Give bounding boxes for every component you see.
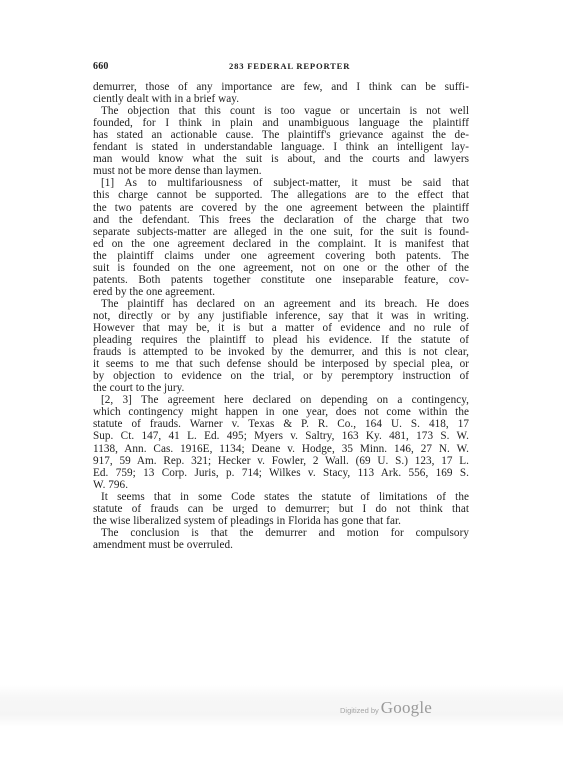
text-line: which contingency might happen in one ye… (93, 406, 469, 418)
text-line: W. 796. (93, 479, 469, 491)
text-line: by objection to evidence on the trial, o… (93, 370, 469, 382)
text-line: must not be more dense than laymen. (93, 165, 469, 177)
text-line: the two patents are covered by the one a… (93, 202, 469, 214)
page-number: 660 (93, 61, 109, 72)
text-line: ed on the one agreement declared in the … (93, 238, 469, 250)
scan-shading-band (0, 685, 563, 727)
text-line: [2, 3] The agreement here declared on de… (101, 394, 469, 406)
text-line: However that may be, it is but a matter … (93, 322, 469, 334)
text-line: The conclusion is that the demurrer and … (101, 527, 469, 539)
text-line: patents. Both patents together constitut… (93, 274, 469, 286)
page-header: 660 283 FEDERAL REPORTER (93, 61, 469, 75)
text-line: Sup. Ct. 147, 41 L. Ed. 495; Myers v. Sa… (93, 430, 469, 442)
text-line: the plaintiff claims under one agreement… (93, 250, 469, 262)
google-logo: Google (381, 698, 432, 718)
text-line: the court to the jury. (93, 382, 469, 394)
digitized-by-google-watermark: Digitized by Google (340, 698, 432, 722)
text-line: statute of frauds can be urged to demurr… (93, 503, 469, 515)
text-line: man would know what the suit is about, a… (93, 153, 469, 165)
text-line: 917, 59 Am. Rep. 321; Hecker v. Fowler, … (93, 455, 469, 467)
text-line: suit is founded on the one agreement, no… (93, 262, 469, 274)
text-line: It seems that in some Code states the st… (101, 491, 469, 503)
text-line: amendment must be overruled. (93, 539, 469, 551)
text-line: not, directly or by any justifiable infe… (93, 310, 469, 322)
text-line: fendant is stated in understandable lang… (93, 141, 469, 153)
text-line: has stated an actionable cause. The plai… (93, 129, 469, 141)
text-line: pleading requires the plaintiff to plead… (93, 334, 469, 346)
text-line: demurrer, those of any importance are fe… (93, 81, 469, 93)
scanned-page: 660 283 FEDERAL REPORTER demurrer, those… (0, 0, 563, 768)
text-line: and the defendant. This frees the declar… (93, 214, 469, 226)
text-line: it seems to me that such defense should … (93, 358, 469, 370)
text-line: [1] As to multifariousness of subject-ma… (101, 177, 469, 189)
text-line: 1138, Ann. Cas. 1916E, 1134; Deane v. Ho… (93, 443, 469, 455)
text-line: statute of frauds. Warner v. Texas & P. … (93, 418, 469, 430)
text-line: ered by the one agreement. (93, 286, 469, 298)
text-line: The plaintiff has declared on an agreeme… (101, 298, 469, 310)
text-line: ciently dealt with in a brief way. (93, 93, 469, 105)
text-line: this charge cannot be supported. The all… (93, 189, 469, 201)
text-line: Ed. 759; 13 Corp. Juris, p. 714; Wilkes … (93, 467, 469, 479)
text-line: The objection that this count is too vag… (101, 105, 469, 117)
watermark-prefix: Digitized by (340, 706, 379, 715)
text-line: separate subjects-matter are alleged in … (93, 226, 469, 238)
running-head: 283 FEDERAL REPORTER (229, 61, 350, 71)
text-line: the wise liberalized system of pleadings… (93, 515, 469, 527)
text-line: founded, for I think in plain and unambi… (93, 117, 469, 129)
text-line: frauds is attempted to be invoked by the… (93, 346, 469, 358)
